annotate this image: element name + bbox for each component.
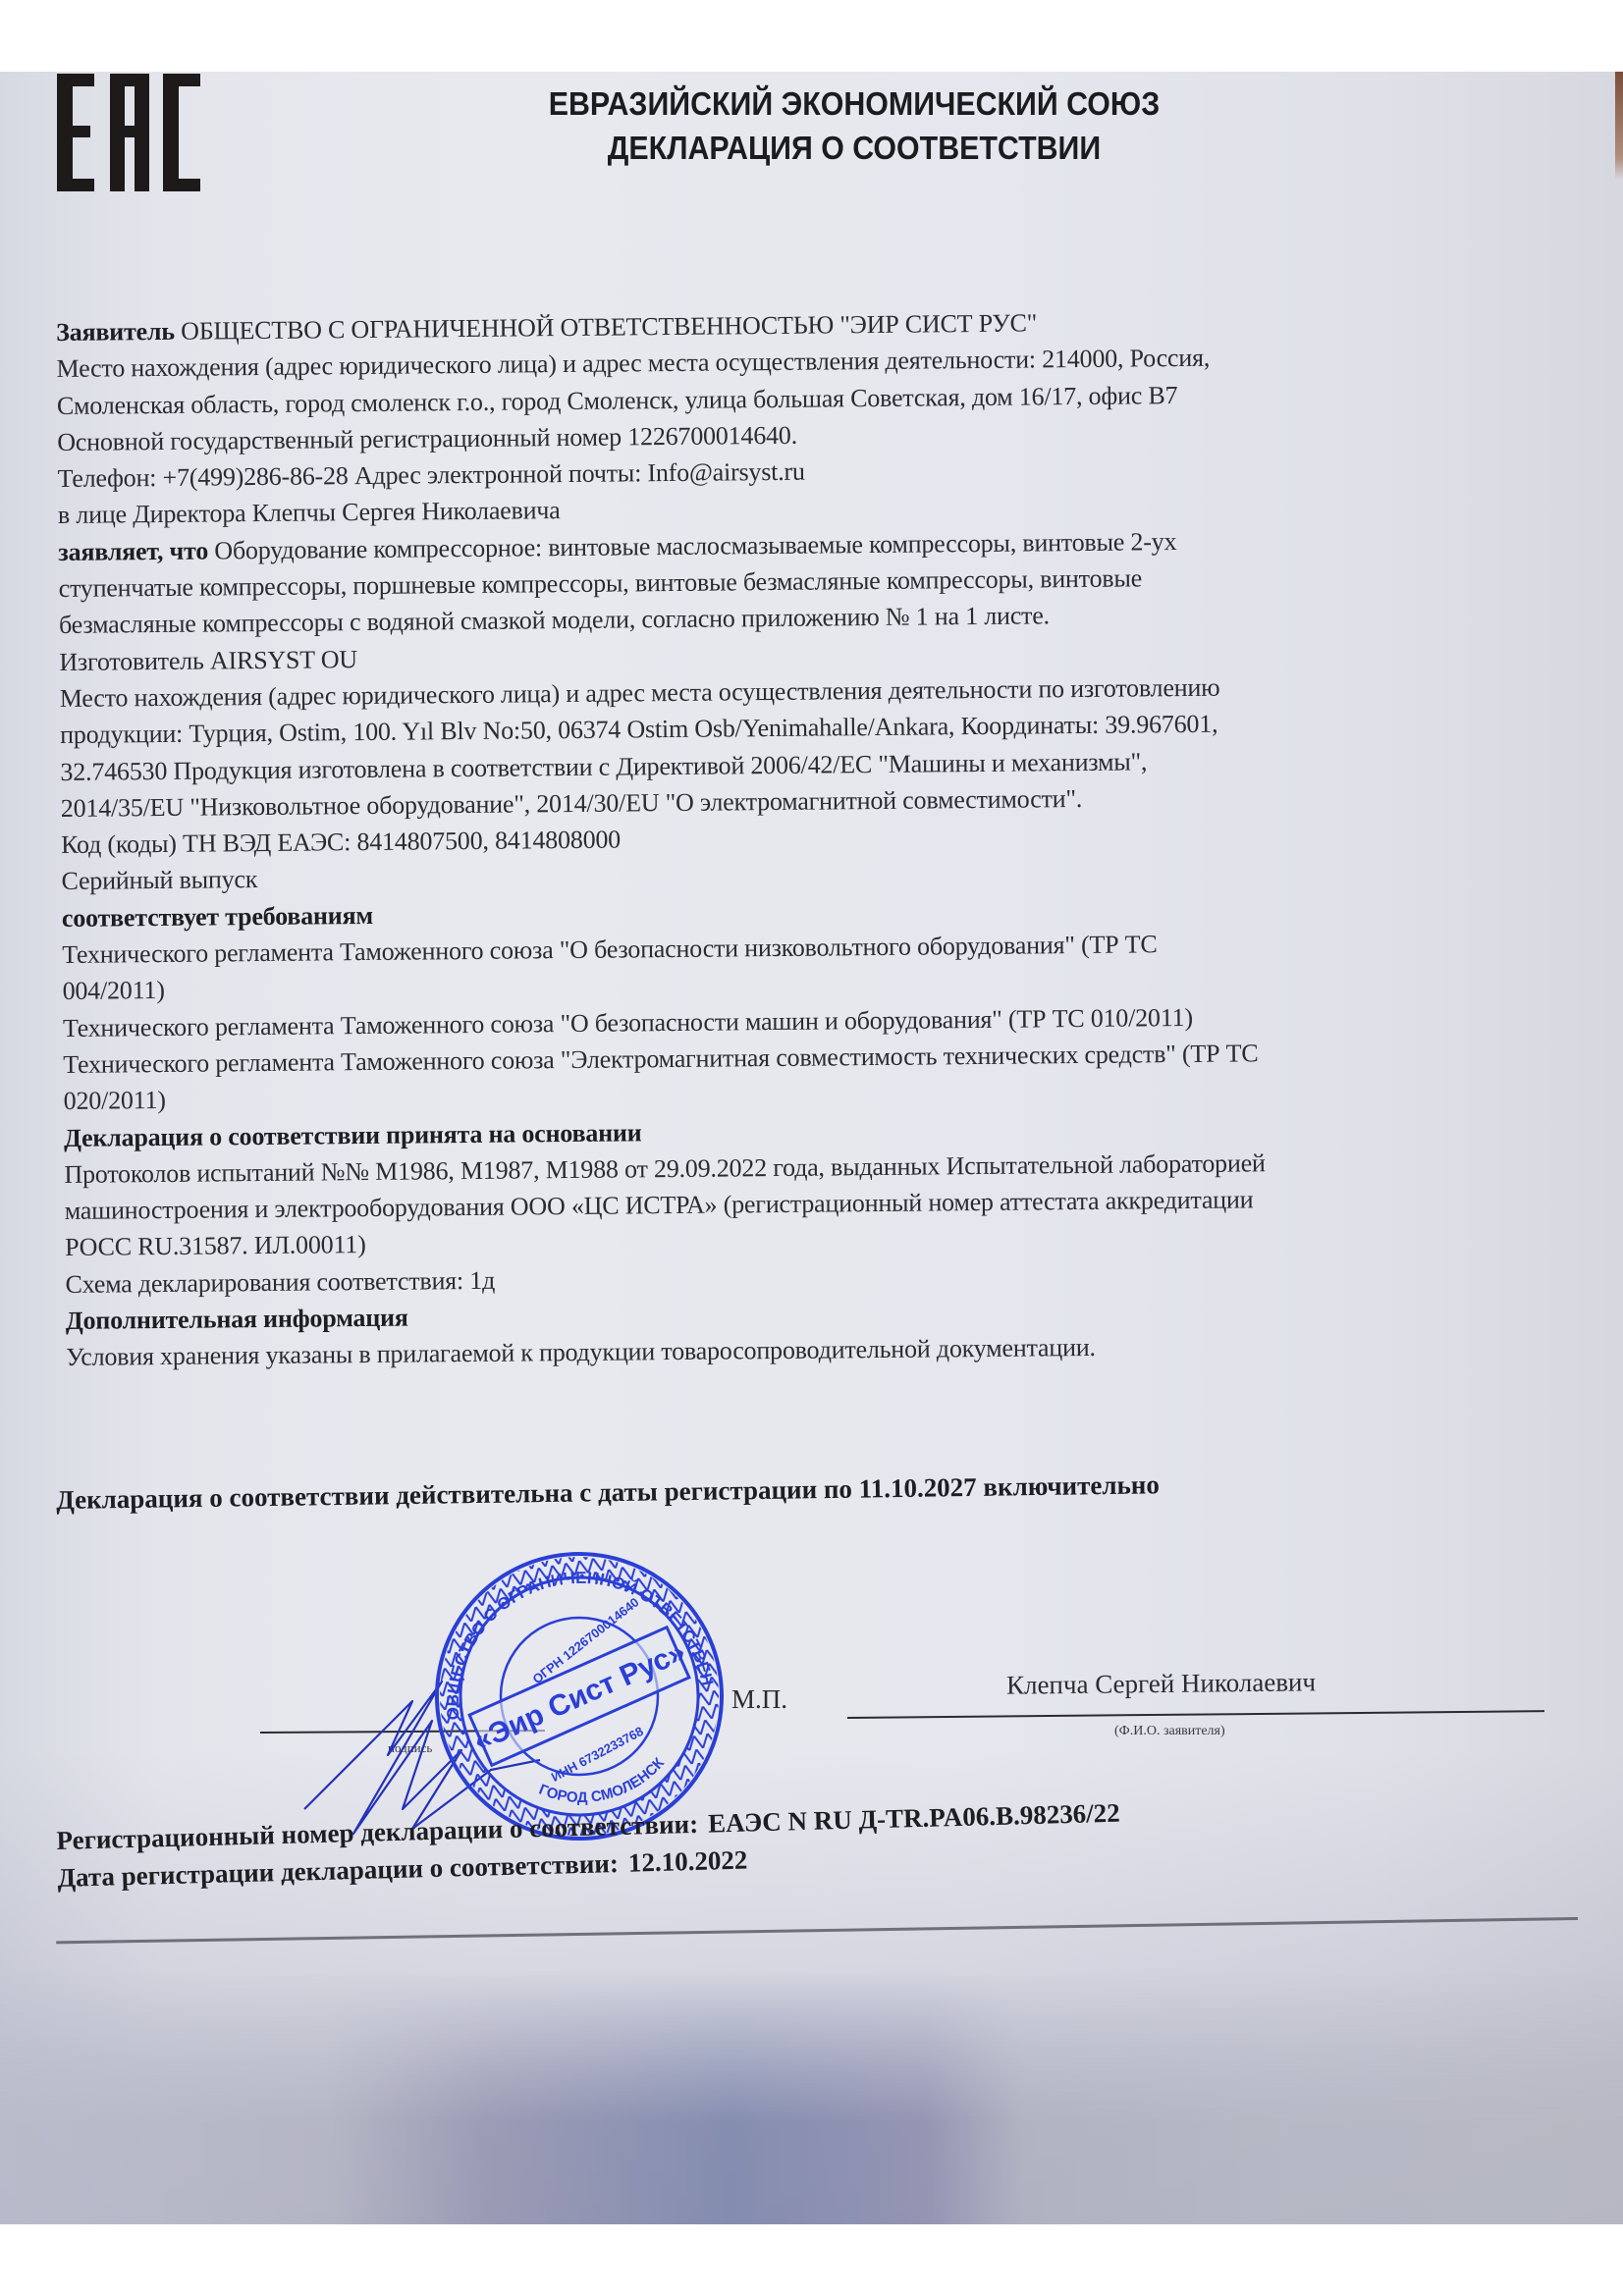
registration-number-value: ЕАЭС N RU Д-TR.PA06.B.98236/22: [708, 1798, 1120, 1839]
seal-place-label: М.П.: [731, 1684, 787, 1715]
document-header: ЕВРАЗИЙСКИЙ ЭКОНОМИЧЕСКИЙ СОЮЗ ДЕКЛАРАЦИ…: [465, 81, 1242, 170]
registration-block: Регистрационный номер декларации о соотв…: [56, 1794, 1121, 1896]
bottom-divider: [56, 1917, 1578, 1944]
registration-date-value: 12.10.2022: [627, 1845, 747, 1878]
validity-statement: Декларация о соответствии действительна …: [56, 1469, 1160, 1516]
name-line: [847, 1710, 1544, 1719]
applicant-name: ОБЩЕСТВО С ОГРАНИЧЕННОЙ ОТВЕТСТВЕННОСТЬЮ…: [181, 308, 1037, 345]
eac-letter-a: [110, 74, 149, 191]
applicant-label: Заявитель: [56, 317, 175, 347]
document-title: ДЕКЛАРАЦИЯ О СООТВЕТСТВИИ: [465, 126, 1242, 170]
document-photo: ЕВРАЗИЙСКИЙ ЭКОНОМИЧЕСКИЙ СОЮЗ ДЕКЛАРАЦИ…: [0, 72, 1623, 2224]
applicant-name-caption: (Ф.И.О. заявителя): [1114, 1724, 1225, 1739]
applicant-full-name: Клепча Сергей Николаевич: [1006, 1667, 1316, 1700]
eac-letter-c: [163, 74, 202, 191]
declares-label: заявляет, что: [58, 536, 208, 565]
declaration-body: Заявитель ОБЩЕСТВО С ОГРАНИЧЕННОЙ ОТВЕТС…: [56, 299, 1597, 1376]
company-seal-icon: ОБЩЕСТВО С ОГРАНИЧЕННОЙ ОТВЕТСТВЕННОСТЬЮ…: [417, 1549, 741, 1843]
bottom-shadow: [0, 1969, 1623, 2224]
eac-letter-e: [57, 74, 96, 191]
eac-mark-icon: [57, 74, 210, 191]
page-edge: [1615, 72, 1623, 180]
union-title: ЕВРАЗИЙСКИЙ ЭКОНОМИЧЕСКИЙ СОЮЗ: [465, 81, 1242, 126]
